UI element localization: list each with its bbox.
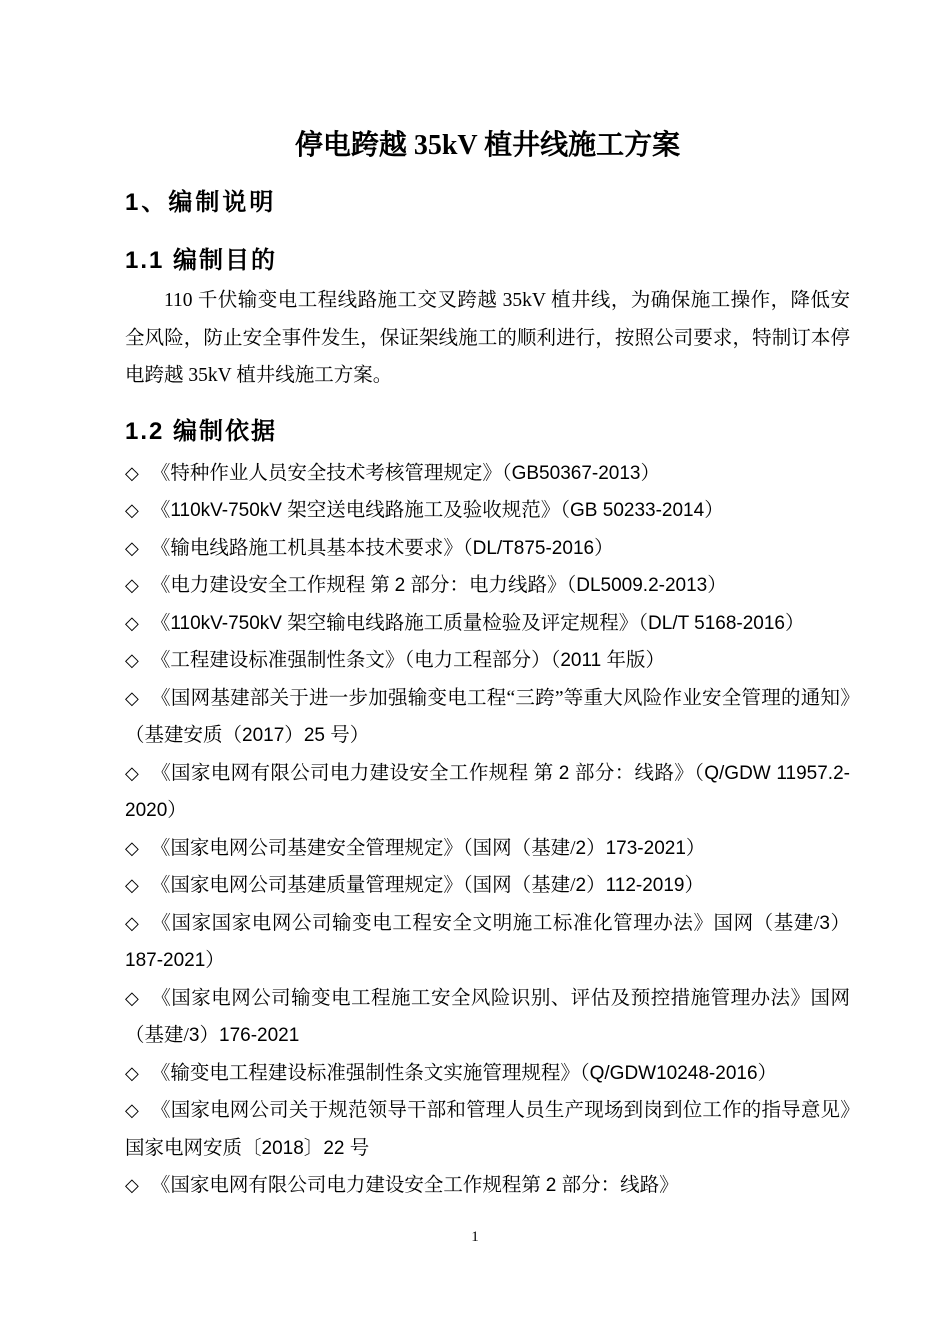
reference-text: 《110kV-750kV 架空送电线路施工及验收规范》（GB 50233-201… [151, 500, 724, 521]
diamond-bullet-icon: ◇ [125, 755, 139, 793]
reference-item: ◇《国家电网有限公司电力建设安全工作规程 第 2 部分：线路》（Q/GDW 11… [125, 755, 850, 830]
reference-item: ◇《工程建设标准强制性条文》（电力工程部分）（2011 年版） [125, 642, 850, 680]
diamond-bullet-icon: ◇ [125, 1055, 139, 1093]
reference-item: ◇《输变电工程建设标准强制性条文实施管理规程》（Q/GDW10248-2016） [125, 1055, 850, 1093]
diamond-bullet-icon: ◇ [125, 492, 139, 530]
diamond-bullet-icon: ◇ [125, 1167, 139, 1205]
reference-item: ◇《国家电网有限公司电力建设安全工作规程第 2 部分：线路》 [125, 1167, 850, 1205]
diamond-bullet-icon: ◇ [125, 980, 139, 1018]
reference-item: ◇《110kV-750kV 架空送电线路施工及验收规范》（GB 50233-20… [125, 492, 850, 530]
reference-text: 《电力建设安全工作规程 第 2 部分：电力线路》（DL5009.2-2013） [151, 575, 727, 596]
subsection-heading-1-2: 1.2 编制依据 [125, 415, 850, 449]
diamond-bullet-icon: ◇ [125, 867, 139, 905]
reference-text: 《110kV-750kV 架空输电线路施工质量检验及评定规程》（DL/T 516… [151, 613, 805, 634]
reference-text: 《国网基建部关于进一步加强输变电工程“三跨”等重大风险作业安全管理的通知》（基建… [125, 688, 850, 747]
diamond-bullet-icon: ◇ [125, 567, 139, 605]
reference-item: ◇《国家国家电网公司输变电工程安全文明施工标准化管理办法》国网（基建/3）187… [125, 905, 850, 980]
page-number: 1 [0, 1226, 950, 1248]
subsection-heading-1-1: 1.1 编制目的 [125, 244, 850, 278]
reference-item: ◇《国家电网公司关于规范领导干部和管理人员生产现场到岗到位工作的指导意见》国家电… [125, 1092, 850, 1167]
reference-item: ◇《国网基建部关于进一步加强输变电工程“三跨”等重大风险作业安全管理的通知》（基… [125, 680, 850, 755]
diamond-bullet-icon: ◇ [125, 830, 139, 868]
reference-item: ◇《国家电网公司基建质量管理规定》（国网（基建/2）112-2019） [125, 867, 850, 905]
diamond-bullet-icon: ◇ [125, 642, 139, 680]
reference-item: ◇《110kV-750kV 架空输电线路施工质量检验及评定规程》（DL/T 51… [125, 605, 850, 643]
reference-item: ◇《特种作业人员安全技术考核管理规定》（GB50367-2013） [125, 455, 850, 493]
document-page: 停电跨越 35kV 植井线施工方案 1、编制说明 1.1 编制目的 110 千伏… [0, 0, 950, 1344]
document-title: 停电跨越 35kV 植井线施工方案 [125, 126, 850, 166]
diamond-bullet-icon: ◇ [125, 905, 139, 943]
reference-text: 《输电线路施工机具基本技术要求》（DL/T875-2016） [151, 538, 614, 559]
diamond-bullet-icon: ◇ [125, 680, 139, 718]
reference-text: 《工程建设标准强制性条文》（电力工程部分）（2011 年版） [151, 650, 665, 671]
reference-text: 《特种作业人员安全技术考核管理规定》（GB50367-2013） [151, 463, 660, 484]
reference-item: ◇《电力建设安全工作规程 第 2 部分：电力线路》（DL5009.2-2013） [125, 567, 850, 605]
diamond-bullet-icon: ◇ [125, 605, 139, 643]
reference-text: 《国家电网有限公司电力建设安全工作规程 第 2 部分：线路》（Q/GDW 119… [125, 763, 850, 822]
reference-text: 《国家电网公司关于规范领导干部和管理人员生产现场到岗到位工作的指导意见》国家电网… [125, 1100, 850, 1159]
reference-text: 《国家电网公司基建安全管理规定》（国网（基建/2）173-2021） [151, 838, 706, 859]
reference-text: 《国家国家电网公司输变电工程安全文明施工标准化管理办法》国网（基建/3）187-… [125, 913, 850, 972]
diamond-bullet-icon: ◇ [125, 530, 139, 568]
reference-text: 《国家电网有限公司电力建设安全工作规程第 2 部分：线路》 [151, 1175, 679, 1196]
reference-item: ◇《国家电网公司输变电工程施工安全风险识别、评估及预控措施管理办法》国网（基建/… [125, 980, 850, 1055]
reference-text: 《输变电工程建设标准强制性条文实施管理规程》（Q/GDW10248-2016） [151, 1063, 777, 1084]
reference-list: ◇《特种作业人员安全技术考核管理规定》（GB50367-2013） ◇《110k… [125, 455, 850, 1205]
reference-item: ◇《国家电网公司基建安全管理规定》（国网（基建/2）173-2021） [125, 830, 850, 868]
section-heading-1: 1、编制说明 [125, 186, 850, 220]
reference-text: 《国家电网公司输变电工程施工安全风险识别、评估及预控措施管理办法》国网（基建/3… [125, 988, 850, 1047]
reference-item: ◇《输电线路施工机具基本技术要求》（DL/T875-2016） [125, 530, 850, 568]
diamond-bullet-icon: ◇ [125, 1092, 139, 1130]
reference-text: 《国家电网公司基建质量管理规定》（国网（基建/2）112-2019） [151, 875, 704, 896]
purpose-paragraph: 110 千伏输变电工程线路施工交叉跨越 35kV 植井线，为确保施工操作，降低安… [125, 282, 850, 395]
diamond-bullet-icon: ◇ [125, 455, 139, 493]
